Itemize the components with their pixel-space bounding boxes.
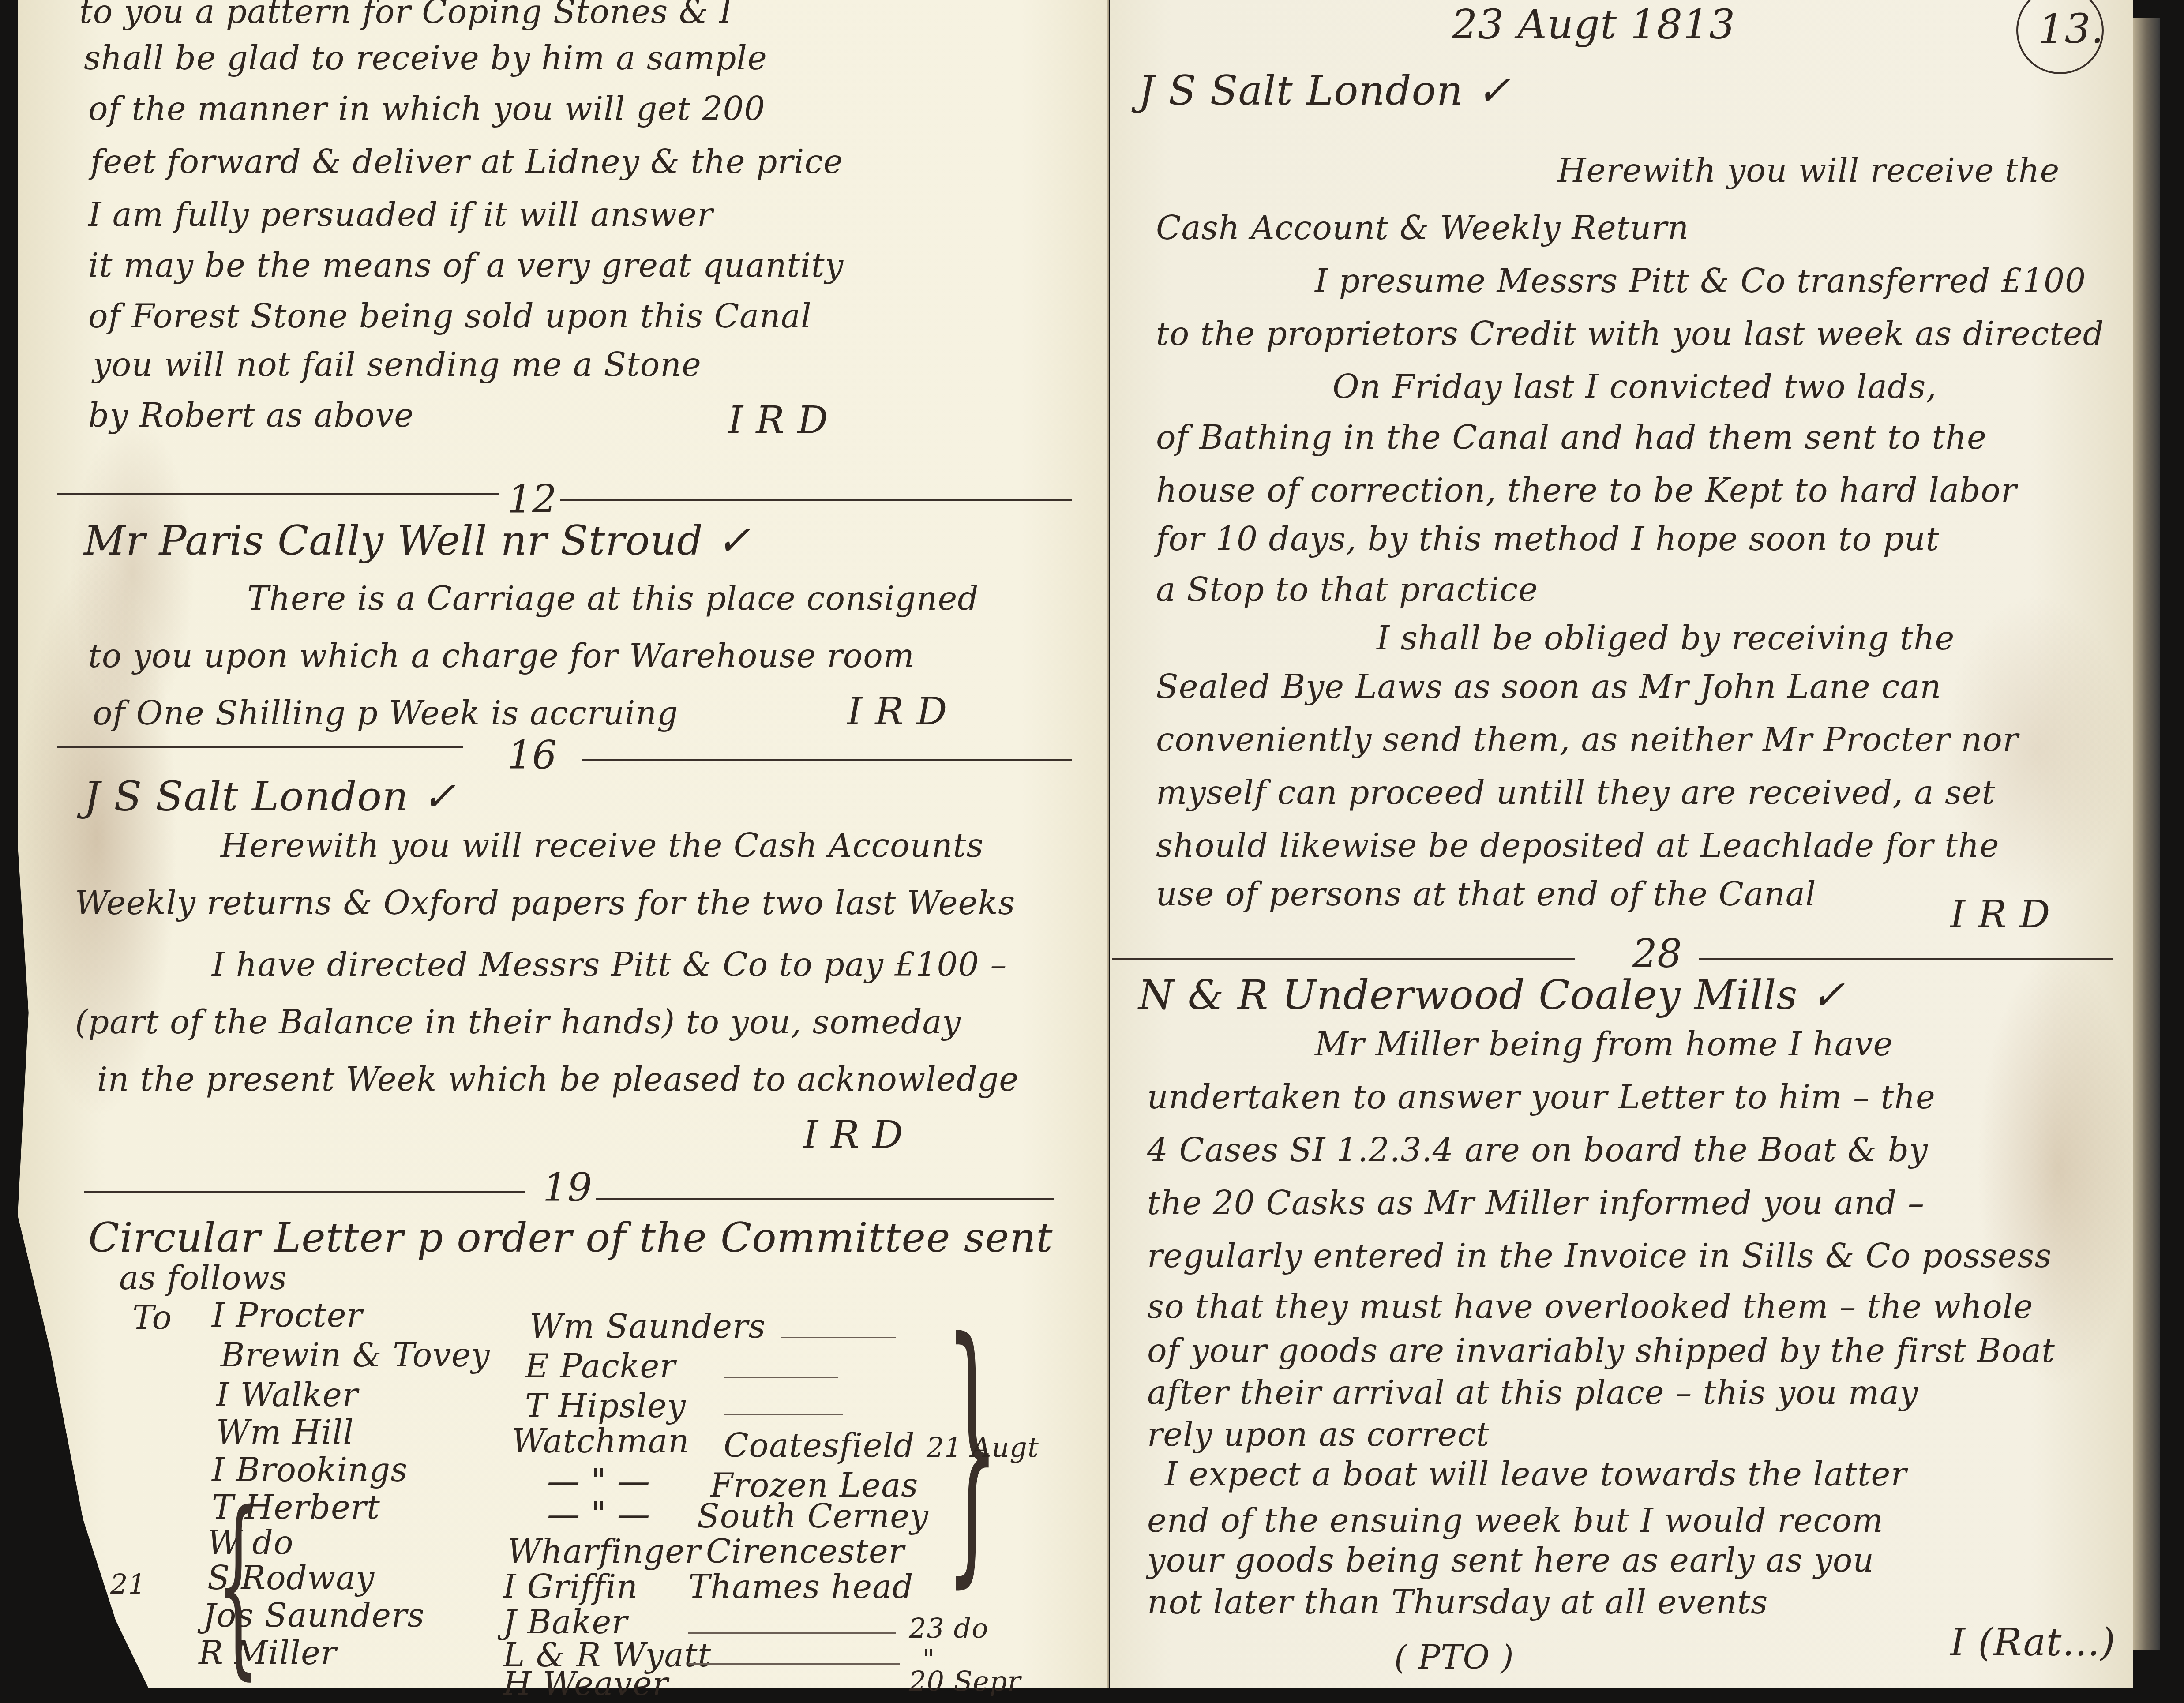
divider-rule xyxy=(1699,958,2113,960)
list-item-place: South Cerney xyxy=(697,1500,929,1533)
text-line: house of correction, there to be Kept to… xyxy=(1156,474,2017,507)
list-item-place: Frozen Leas xyxy=(710,1469,918,1502)
text-line: Mr Miller being from home I have xyxy=(1315,1028,1893,1061)
signature: I R D xyxy=(1950,896,2050,934)
text-line: rely upon as correct xyxy=(1147,1418,1490,1451)
entry-date-marker: 19 xyxy=(543,1165,592,1210)
text-line: myself can proceed untill they are recei… xyxy=(1156,776,1995,809)
dash-line xyxy=(688,1632,896,1634)
text-line: you will not fail sending me a Stone xyxy=(93,349,702,381)
list-item: I Walker xyxy=(216,1379,358,1411)
text-line: of Bathing in the Canal and had them sen… xyxy=(1156,421,1987,454)
divider-rule xyxy=(560,499,1072,501)
entry-date-marker: 16 xyxy=(507,732,557,778)
text-line: end of the ensuing week but I would reco… xyxy=(1147,1504,1884,1537)
text-line: in the present Week which be pleased to … xyxy=(97,1063,1019,1096)
to-label: To xyxy=(132,1302,172,1334)
text-line: Herewith you will receive the Cash Accou… xyxy=(221,829,984,862)
text-line: undertaken to answer your Letter to him … xyxy=(1147,1081,1936,1114)
addressee: Mr Paris Cally Well nr Stroud ✓ xyxy=(84,521,751,561)
brace-date: 21 Augt xyxy=(927,1434,1039,1461)
divider-rule xyxy=(596,1198,1054,1200)
text-line: to you upon which a charge for Warehouse… xyxy=(88,640,915,672)
text-line: to the proprietors Credit with you last … xyxy=(1156,318,2104,350)
list-item: Brewin & Tovey xyxy=(221,1339,490,1372)
date-header: 23 Augt 1813 xyxy=(1452,4,1735,45)
text-line: Weekly returns & Oxford papers for the t… xyxy=(75,887,1015,919)
text-line: Herewith you will receive the xyxy=(1557,154,2060,187)
text-line: 4 Cases SI 1.2.3.4 are on board the Boat… xyxy=(1147,1134,1928,1167)
divider-rule xyxy=(1112,958,1575,960)
signature: I R D xyxy=(728,401,828,439)
list-item: Wm Saunders xyxy=(529,1310,766,1343)
signature-partial: I (Rat…) xyxy=(1950,1624,2116,1662)
dash-line xyxy=(688,1663,900,1665)
divider-rule xyxy=(57,746,463,748)
text-line: (part of the Balance in their hands) to … xyxy=(75,1006,961,1039)
circular-heading: Circular Letter p order of the Committee… xyxy=(88,1218,1053,1258)
text-line: for 10 days, by this method I hope soon … xyxy=(1156,523,1939,555)
list-item: I Griffin xyxy=(503,1571,638,1603)
brace-icon: { xyxy=(217,1487,260,1681)
text-line: I presume Messrs Pitt & Co transferred £… xyxy=(1315,265,2086,297)
text-line: should likewise be deposited at Leachlad… xyxy=(1156,829,2000,862)
turn-over-note: ( PTO ) xyxy=(1394,1641,1514,1674)
text-line: of Forest Stone being sold upon this Can… xyxy=(88,300,812,333)
signature: I R D xyxy=(803,1116,903,1154)
list-item-place: Coatesfield xyxy=(724,1429,915,1462)
text-line: your goods being sent here as early as y… xyxy=(1147,1544,1874,1577)
text-line: use of persons at that end of the Canal xyxy=(1156,878,1816,911)
list-item-place: Thames head xyxy=(688,1571,914,1603)
circular-heading: as follows xyxy=(119,1262,287,1294)
text-line: it may be the means of a very great quan… xyxy=(88,249,844,282)
divider-rule xyxy=(57,493,499,495)
entry-date-marker: 28 xyxy=(1632,931,1682,976)
list-item: Wharfinger xyxy=(507,1535,701,1568)
text-line: I shall be obliged by receiving the xyxy=(1377,622,1955,655)
dash-line xyxy=(724,1414,843,1415)
text-line: I expect a boat will leave towards the l… xyxy=(1165,1458,1907,1491)
text-line: not later than Thursday at all events xyxy=(1147,1586,1768,1619)
addressee: J S Salt London ✓ xyxy=(1138,71,1511,111)
list-item: I Procter xyxy=(212,1299,363,1332)
list-date: 23 do xyxy=(909,1615,989,1642)
divider-rule xyxy=(84,1191,525,1193)
dash-line xyxy=(781,1337,896,1338)
text-line: of the manner in which you will get 200 xyxy=(88,93,766,125)
list-item-place: Cirencester xyxy=(706,1535,904,1568)
page-number: 13. xyxy=(2038,9,2104,49)
text-line: of One Shilling p Week is accruing xyxy=(93,697,678,730)
entry-date-marker: 12 xyxy=(507,476,557,522)
text-line: to you a pattern for Coping Stones & I xyxy=(79,0,732,28)
divider-rule xyxy=(582,759,1072,761)
text-line: so that they must have overlooked them –… xyxy=(1147,1290,2033,1323)
page-edges xyxy=(2133,18,2160,1650)
list-item: J Baker xyxy=(503,1606,628,1639)
brace-note: 21 xyxy=(110,1571,146,1598)
text-line: regularly entered in the Invoice in Sill… xyxy=(1147,1240,2052,1272)
text-line: Cash Account & Weekly Return xyxy=(1156,212,1689,244)
text-line: I am fully persuaded if it will answer xyxy=(88,199,713,231)
addressee: N & R Underwood Coaley Mills ✓ xyxy=(1138,975,1846,1016)
list-item: Wm Hill xyxy=(216,1416,354,1449)
text-line: of your goods are invariably shipped by … xyxy=(1147,1335,2055,1367)
text-line: There is a Carriage at this place consig… xyxy=(247,582,979,615)
text-line: by Robert as above xyxy=(88,399,414,432)
dash-line xyxy=(724,1377,838,1378)
text-line: On Friday last I convicted two lads, xyxy=(1332,371,1937,403)
text-line: the 20 Casks as Mr Miller informed you a… xyxy=(1147,1187,1925,1219)
list-date: 20 Sepr xyxy=(909,1668,1021,1688)
signature: I R D xyxy=(847,693,947,731)
text-line: conveniently send them, as neither Mr Pr… xyxy=(1156,724,2019,756)
text-line: Sealed Bye Laws as soon as Mr John Lane … xyxy=(1156,671,1941,703)
list-item: — " — xyxy=(547,1498,650,1530)
list-item: E Packer xyxy=(525,1350,676,1383)
addressee: J S Salt London ✓ xyxy=(84,776,457,817)
list-item: Watchman xyxy=(512,1425,690,1458)
text-line: shall be glad to receive by him a sample xyxy=(84,42,767,75)
text-line: I have directed Messrs Pitt & Co to pay … xyxy=(212,949,1007,981)
list-item: H Weaver xyxy=(503,1668,668,1688)
text-line: feet forward & deliver at Lidney & the p… xyxy=(90,146,843,178)
list-item: — " — xyxy=(547,1465,650,1497)
list-item: T Hipsley xyxy=(525,1390,686,1422)
text-line: a Stop to that practice xyxy=(1156,574,1538,606)
book-gutter xyxy=(1107,0,1109,1688)
letter-book-spread: to you a pattern for Coping Stones & I s… xyxy=(0,0,2184,1688)
text-line: after their arrival at this place – this… xyxy=(1147,1377,1918,1409)
